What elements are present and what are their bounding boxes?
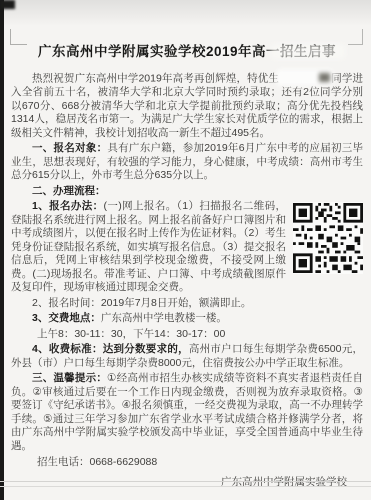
registration-qr-code [293,202,363,274]
photo-left-edge [0,0,4,500]
procedure-time-text: 2019年7月8日开始，额满即止。 [101,297,252,309]
redacted-name [279,72,331,83]
section-procedure-heading: 二、办理流程： [11,185,363,199]
notice-body: 广东高州中学附属实验学校2019年高一招生启事 热烈祝贺广东高州中学2019年高… [11,45,363,491]
bottom-divider [0,481,371,487]
procedure-item-time: 2、报名时间：2019年7月8日开始，额满即止。 [11,297,363,311]
procedure-method-text: (一)网上报名。（1）扫描报名二维码，登陆报名系统进行网上报名。网上报名前备好户… [11,200,286,293]
tips-heading: 三、温馨提示： [32,372,107,384]
qr-code-icon [293,202,363,274]
document-photo: 广东高州中学附属实验学校2019年高一招生启事 热烈祝贺广东高州中学2019年高… [0,0,371,500]
document-title: 广东高州中学附属实验学校2019年高一招生启事 [11,45,363,59]
intro-text-before: 热烈祝贺广东高州中学2019年高考再创辉煌，特优生 [32,73,279,85]
page-margin-mark-left [10,29,27,45]
procedure-time-heading: 2、报名时间： [32,297,101,309]
procedure-fee-heading: 4、收费标准：达到分数要求的， [32,343,189,355]
procedure-method-heading: 1、报名办法： [32,200,104,212]
procedure-item-method: 1、报名办法：(一)网上报名。（1）扫描报名二维码，登陆报名系统进行网上报名。网… [11,200,363,295]
section-tips: 三、温馨提示：①经高州市招生办核实成绩等资料不真实者退档责任自负。②审核通过后要… [11,372,363,453]
procedure-place-text: 广东高州中学电教楼一楼。 [101,312,227,324]
intro-paragraph: 热烈祝贺广东高州中学2019年高考再创辉煌，特优生同学进入全省前五十名，被清华大… [11,72,363,140]
page-margin-mark-right [348,29,363,45]
section-applicants-heading: 一、报名对象： [32,142,107,154]
admission-phone: 招生电话：0668-6629088 [11,456,363,470]
procedure-item-fee: 4、收费标准：达到分数要求的，高州市户口每生每期学杂费6500元，外县（市）户口… [11,343,363,370]
photo-top-shadow [4,0,371,26]
procedure-place-heading: 3、交费地点： [32,312,101,324]
redaction-smudge [319,73,330,82]
procedure-item-place: 3、交费地点：广东高州中学电教楼一楼。 [11,312,363,326]
photo-corner-shadow [0,0,15,9]
section-applicants: 一、报名对象：具有广东户籍，参加2019年6月广东中考的应届初三毕业生，思想表现… [11,142,363,183]
procedure-office-hours: 上午8：30-11：30，下午14：30-17：00 [11,328,363,342]
